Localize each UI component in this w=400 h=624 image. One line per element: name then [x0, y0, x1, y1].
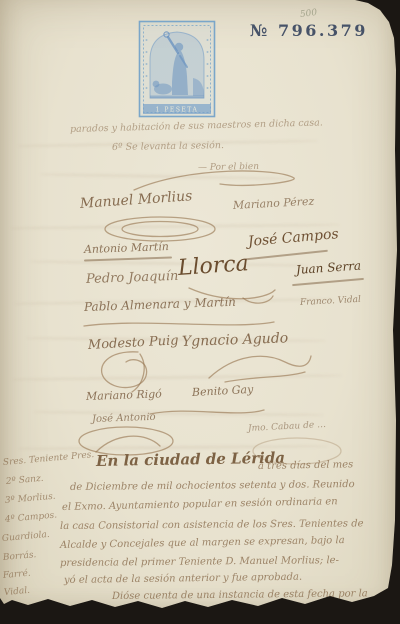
signature: Mariano Pérez — [233, 195, 315, 212]
signature: Mariano Rigó — [86, 387, 162, 403]
margin-attendee: 4º Campos. — [5, 510, 58, 525]
rubric-flourish-icon — [148, 404, 268, 420]
body-line: yó el acta de la sesión anterior y fue a… — [64, 572, 302, 586]
closing-line: 6º Se levanta la sesión. — [112, 140, 224, 153]
body-line: a tres días del mes — [258, 459, 353, 472]
signature: Benito Gay — [192, 383, 254, 399]
revenue-stamp: 1 PESETA — [138, 20, 216, 118]
signature: Manuel Morlius — [79, 188, 192, 212]
show-through-ghost-line — [10, 223, 340, 229]
body-opening: En la ciudad de Lérida — [96, 449, 285, 470]
signature-underline — [246, 250, 328, 260]
body-line: Dióse cuenta de una instancia de esta fe… — [112, 588, 368, 602]
body-line: Alcalde y Concejales que al margen se ex… — [60, 535, 345, 551]
margin-attendee: Sres. Teniente Pres. — [3, 450, 95, 468]
margin-attendee: 3º Morlius. — [5, 492, 56, 506]
signature: Pablo Almenara y Martín — [84, 295, 236, 314]
signature: José Antonio — [92, 412, 156, 425]
closing-line: — Por el bien — [198, 162, 259, 173]
margin-attendee: Vidal. — [4, 586, 31, 598]
rubric-flourish-icon — [205, 348, 317, 388]
signature: Pedro Joaquín — [86, 269, 179, 287]
signature: Ygnacio Agudo — [182, 330, 289, 350]
closing-line: parados y habitación de sus maestros en … — [70, 117, 323, 135]
show-through-ghost-line — [40, 173, 290, 180]
serial-prefix: № — [250, 21, 270, 40]
signature: Antonio Martín — [84, 240, 169, 256]
margin-attendee: Borrás. — [3, 550, 37, 563]
margin-attendee: Guardiola. — [2, 530, 51, 544]
signature: Juan Serra — [296, 258, 362, 277]
serial-number: № 796.379 — [250, 21, 368, 40]
stamp-denomination: 1 PESETA — [156, 107, 199, 114]
manuscript-page-sheet: 1 PESETA № 796.379 500 parados y habitac… — [0, 0, 400, 624]
body-line: la casa Consistorial con asistencia de l… — [60, 518, 364, 532]
signature: José Campos — [247, 226, 339, 250]
pencil-annotation: 500 — [299, 8, 317, 20]
show-through-ghost-line — [34, 410, 324, 416]
serial-value: 796.379 — [278, 21, 368, 40]
signature: Jmo. Cabau de … — [248, 420, 327, 434]
signature: Llorca — [177, 251, 249, 281]
signature: Modesto Puig — [88, 333, 179, 353]
rubric-flourish-icon — [82, 318, 278, 332]
margin-attendee: 2º Sanz. — [6, 474, 44, 487]
margin-attendee: Farré. — [3, 569, 32, 581]
body-line: presidencia del primer Teniente D. Manue… — [60, 555, 339, 569]
show-through-ghost-line — [30, 260, 310, 266]
show-through-ghost-line — [12, 374, 342, 381]
signature-underline — [84, 256, 172, 261]
body-line: de Diciembre de mil ochocientos setenta … — [70, 479, 355, 493]
signature-underline — [292, 278, 364, 286]
signature: Franco. Vidal — [300, 295, 361, 308]
body-line: el Exmo. Ayuntamiento popular en sesión … — [62, 496, 338, 513]
